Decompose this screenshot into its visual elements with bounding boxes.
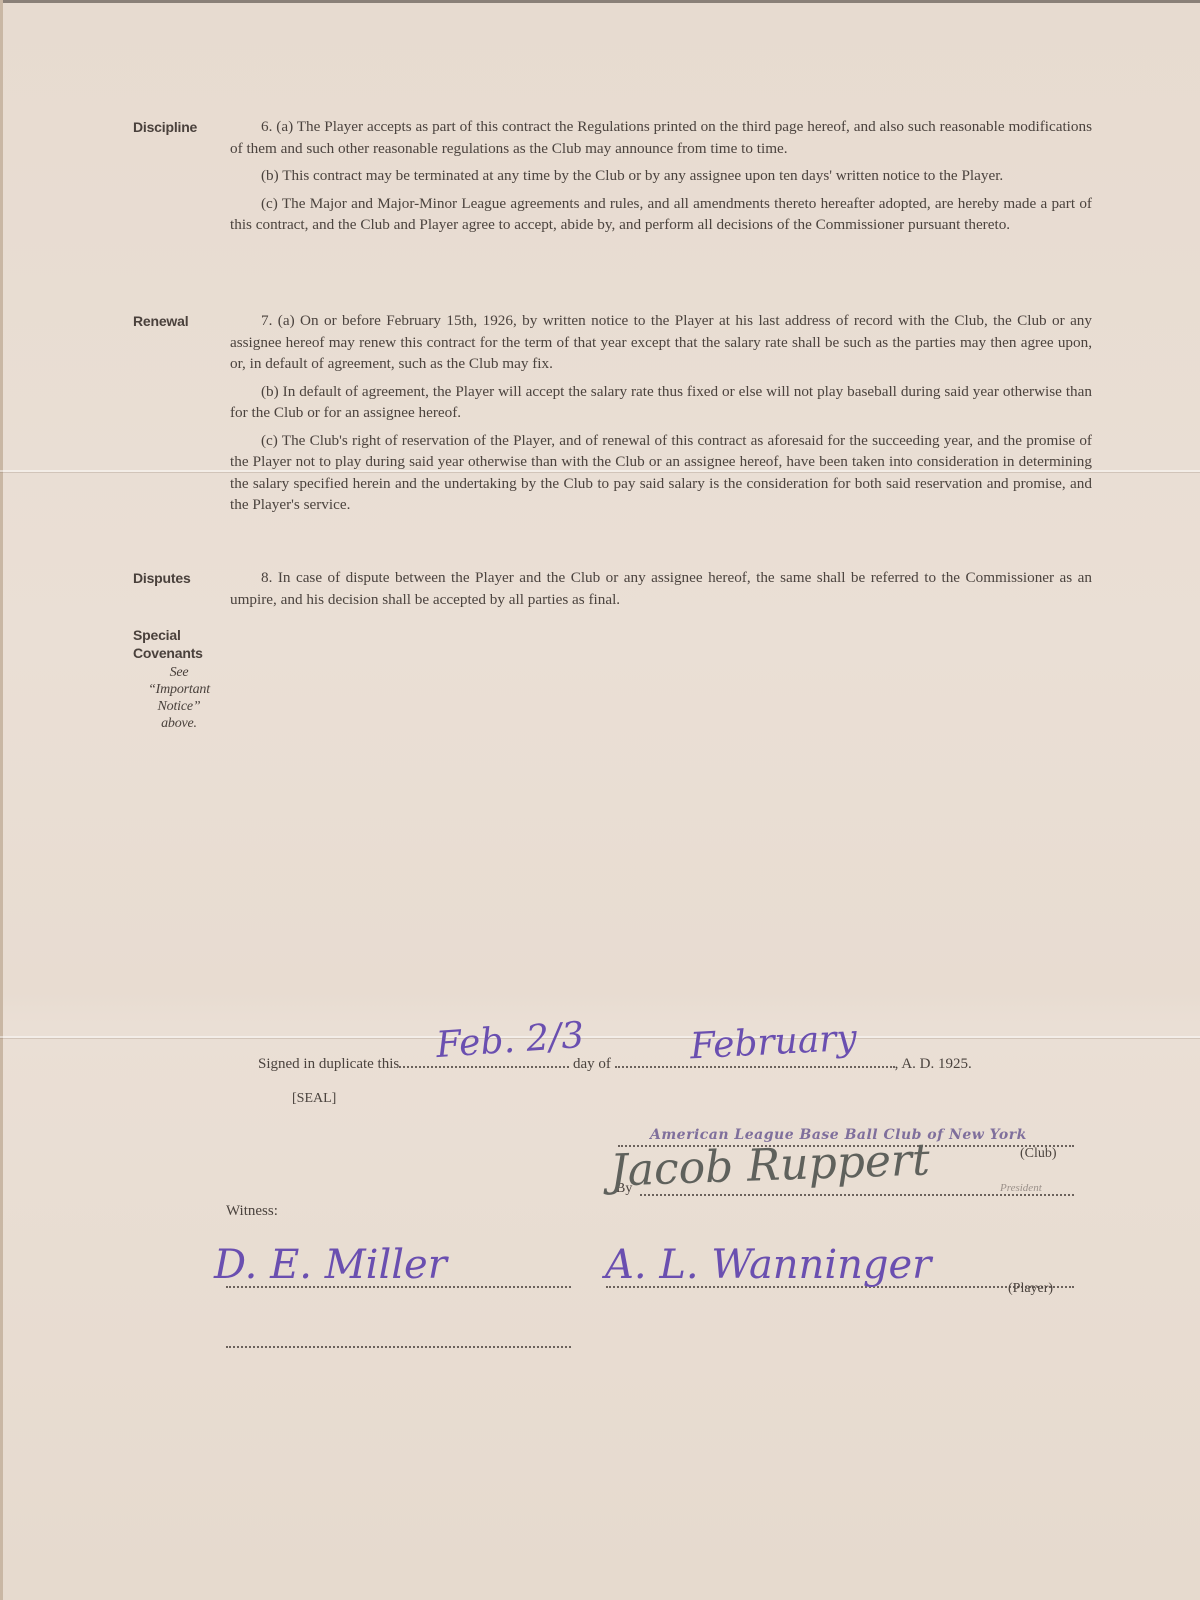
clause-8: 8. In case of dispute between the Player…: [230, 567, 1092, 610]
margin-label-renewal: Renewal: [133, 312, 223, 330]
clause-7c: (c) The Club's right of reservation of t…: [230, 430, 1092, 516]
margin-label-special-covenants: Special Covenants See “Important Notice”…: [133, 626, 223, 732]
margin-label-disputes: Disputes: [133, 569, 223, 587]
signed-year: , A. D. 1925.: [895, 1056, 972, 1072]
signed-day-of: day of: [573, 1056, 611, 1072]
player-label: (Player): [1008, 1281, 1053, 1297]
clause-7a: 7. (a) On or before February 15th, 1926,…: [230, 310, 1092, 375]
witness-signature: D. E. Miller: [214, 1242, 447, 1288]
clause-6a: 6. (a) The Player accepts as part of thi…: [230, 116, 1092, 159]
renewal-body: 7. (a) On or before February 15th, 1926,…: [230, 310, 1092, 522]
page-top-edge: [0, 0, 1200, 3]
label-special: Special: [133, 626, 223, 644]
handwritten-month: February: [689, 1018, 858, 1068]
witness-line-2: [226, 1332, 571, 1353]
important-notice-note: See “Important Notice” above.: [133, 664, 225, 732]
signed-in-duplicate-line: Signed in duplicate this day of , A. D. …: [258, 1052, 972, 1073]
paper-fold-line: [0, 1036, 1200, 1038]
club-label: (Club): [1020, 1146, 1057, 1162]
page-left-edge: [0, 0, 3, 1600]
clause-6c: (c) The Major and Major-Minor League agr…: [230, 193, 1092, 236]
label-covenants: Covenants: [133, 644, 223, 662]
discipline-body: 6. (a) The Player accepts as part of thi…: [230, 116, 1092, 242]
player-signature: A. L. Wanninger: [605, 1242, 931, 1288]
clause-6b: (b) This contract may be terminated at a…: [230, 165, 1092, 187]
contract-page: Discipline 6. (a) The Player accepts as …: [0, 0, 1200, 1600]
signed-prefix: Signed in duplicate this: [258, 1056, 399, 1072]
witness-label: Witness:: [226, 1203, 278, 1220]
disputes-body: 8. In case of dispute between the Player…: [230, 567, 1092, 616]
clause-7b: (b) In default of agreement, the Player …: [230, 381, 1092, 424]
seal-label: [SEAL]: [292, 1091, 336, 1107]
president-label: President: [1000, 1182, 1042, 1194]
margin-label-discipline: Discipline: [133, 118, 223, 136]
